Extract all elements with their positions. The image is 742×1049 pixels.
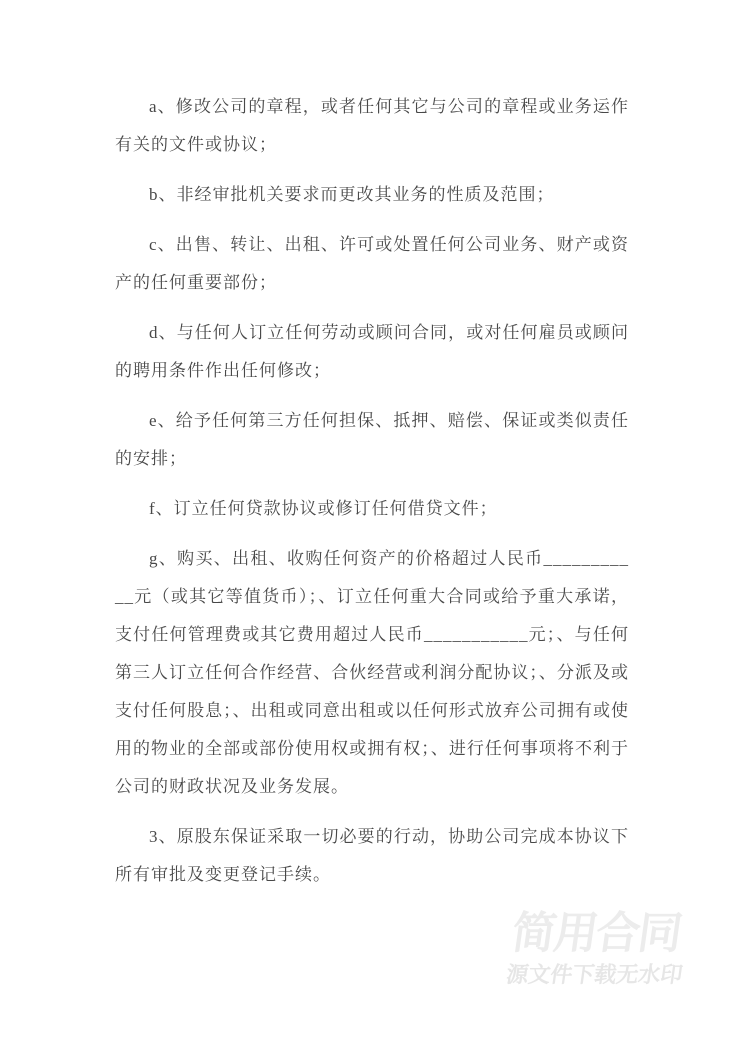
paragraph-g: g、购买、出租、收购任何资产的价格超过人民币___________元（或其它等值… [115, 540, 629, 806]
paragraph-a: a、修改公司的章程，或者任何其它与公司的章程或业务运作有关的文件或协议； [115, 88, 629, 164]
watermark-subtitle: 源文件下载无水印 [505, 964, 684, 988]
paragraph-3: 3、原股东保证采取一切必要的行动，协助公司完成本协议下所有审批及变更登记手续。 [115, 818, 629, 894]
paragraph-f: f、订立任何贷款协议或修订任何借贷文件； [115, 490, 629, 528]
paragraph-e: e、给予任何第三方任何担保、抵押、赔偿、保证或类似责任的安排； [115, 402, 629, 478]
document-body: a、修改公司的章程，或者任何其它与公司的章程或业务运作有关的文件或协议； b、非… [115, 0, 629, 906]
watermark: 简用合同 源文件下载无水印 [505, 910, 692, 988]
paragraph-c: c、出售、转让、出租、许可或处置任何公司业务、财产或资产的任何重要部份； [115, 226, 629, 302]
document-page: a、修改公司的章程，或者任何其它与公司的章程或业务运作有关的文件或协议； b、非… [0, 0, 742, 1049]
paragraph-b: b、非经审批机关要求而更改其业务的性质及范围； [115, 176, 629, 214]
paragraph-d: d、与任何人订立任何劳动或顾问合同，或对任何雇员或顾问的聘用条件作出任何修改； [115, 314, 629, 390]
watermark-title: 简用合同 [509, 910, 692, 958]
